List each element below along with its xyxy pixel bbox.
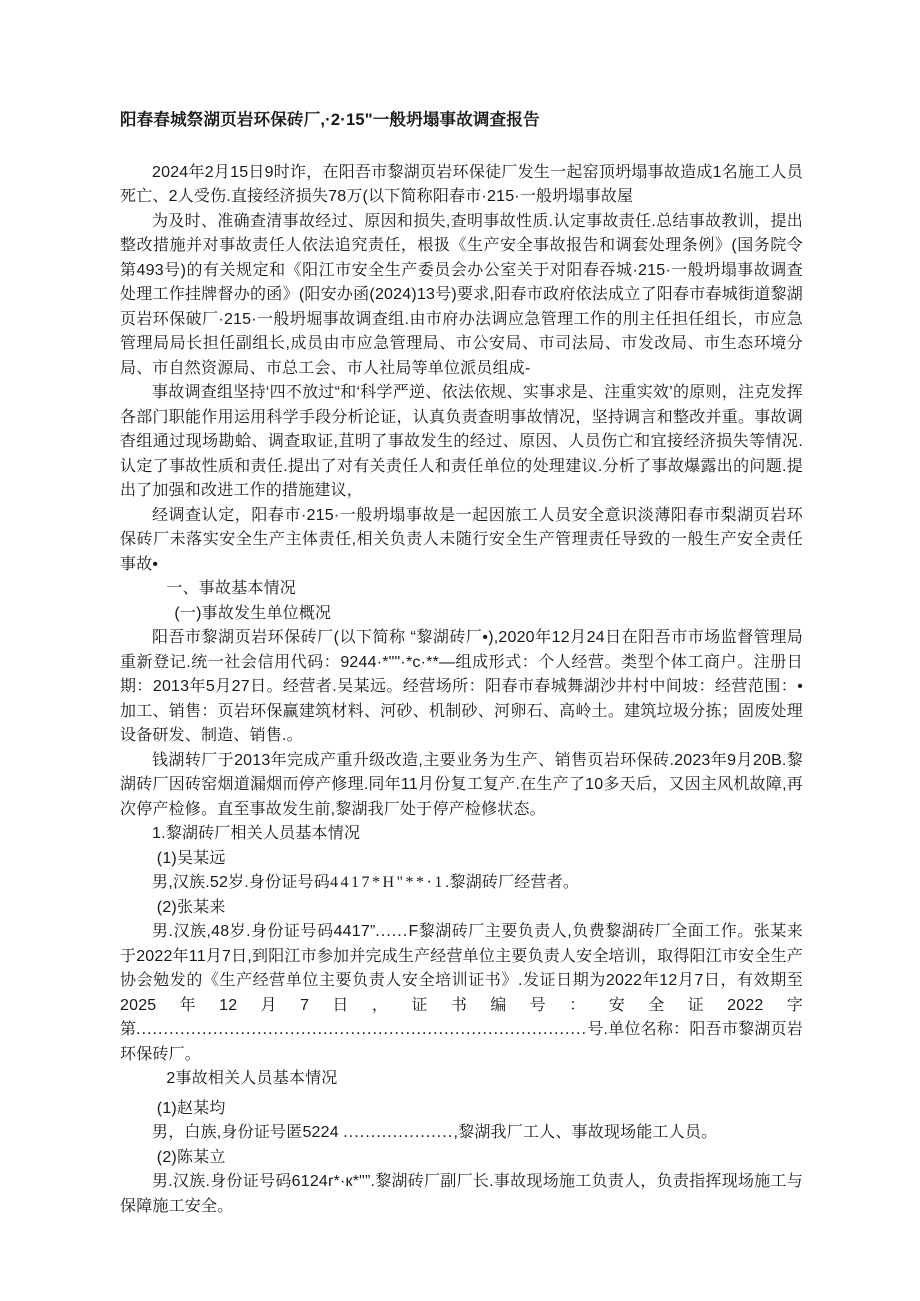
related-person-1-suffix: ,黎湖我厂工人、事故现场能工人员。 xyxy=(454,1124,718,1141)
related-personnel-heading: 2事故相关人员基本情况 xyxy=(120,1067,803,1092)
document-body: 阳春春城祭湖页岩环保砖厂,·2·15"一般坍塌事故调查报告 2024年2月15日… xyxy=(120,108,803,1219)
person-2-details: 男.汉族,48岁.身份证号码4417”......F黎湖砖厂主要负责人,负费黎湖… xyxy=(120,920,803,1067)
related-person-1-prefix: 男，白族,身份证号匿5224 xyxy=(152,1124,344,1141)
investigation-setup-paragraph: 为及时、准确查清事故经过、原因和损失,查明事故性质.认定事故责任.总结事故教训，… xyxy=(120,210,803,382)
factory-history-paragraph: 钱湖转厂于2013年完成产重升级改造,主要业务为生产、销售页岩环保砖.2023年… xyxy=(120,749,803,823)
person-1-id-code: 4417*H"**·1 xyxy=(330,874,445,891)
report-title: 阳春春城祭湖页岩环保砖厂,·2·15"一般坍塌事故调查报告 xyxy=(120,108,803,133)
person-1-suffix: .黎湖砖厂经营者。 xyxy=(445,874,579,891)
related-person-1-id-dots: .................... xyxy=(344,1124,454,1141)
person-1-heading: (1)吴某远 xyxy=(120,847,803,872)
related-person-2-heading: (2)陈某立 xyxy=(120,1146,803,1171)
related-person-1-details: 男，白族,身份证号匿5224 ....................,黎湖我厂… xyxy=(120,1121,803,1146)
personnel-heading: 1.黎湖砖厂相关人员基本情况 xyxy=(120,822,803,847)
factory-overview-paragraph: 阳吾市黎湖页岩环保砖厂(以下简称 “黎湖砖厂•),2020年12月24日在阳吾市… xyxy=(120,626,803,749)
document-page: 阳春春城祭湖页岩环保砖厂,·2·15"一般坍塌事故调查报告 2024年2月15日… xyxy=(0,0,920,1301)
certificate-number-dots: ........................................… xyxy=(136,1021,587,1038)
investigation-principles-paragraph: 事故调查组坚持‘四不放过“和‘科学严逆、依法依规、实事求是、注重实效’的原则，注… xyxy=(120,381,803,504)
section-1-1-heading: (一)事故发生单位概况 xyxy=(120,602,803,627)
intro-paragraph: 2024年2月15日9时诈，在阳吾市黎湖页岩环保徒厂发生一起窑顶坍塌事故造成1名… xyxy=(120,161,803,210)
related-person-2-details: 男.汉族.身份证号码6124r*·к*"”.黎湖砖厂副厂长.事故现场施工负责人，… xyxy=(120,1170,803,1219)
person-2-heading: (2)张某来 xyxy=(120,896,803,921)
person-1-prefix: 男,汉族.52岁.身份证号码 xyxy=(152,874,330,891)
section-1-heading: 一、事故基本情况 xyxy=(120,577,803,602)
related-person-1-heading: (1)赵某均 xyxy=(120,1097,803,1122)
person-1-details: 男,汉族.52岁.身份证号码4417*H"**·1.黎湖砖厂经营者。 xyxy=(120,871,803,896)
person-2-part-1: 男.汉族,48岁.身份证号码4417” xyxy=(152,923,376,940)
person-2-id-dots: ...... xyxy=(376,923,409,940)
conclusion-paragraph: 经调查认定，阳春市·215·一般坍塌事故是一起因旅工人员安全意识淡薄阳春市梨湖页… xyxy=(120,504,803,578)
